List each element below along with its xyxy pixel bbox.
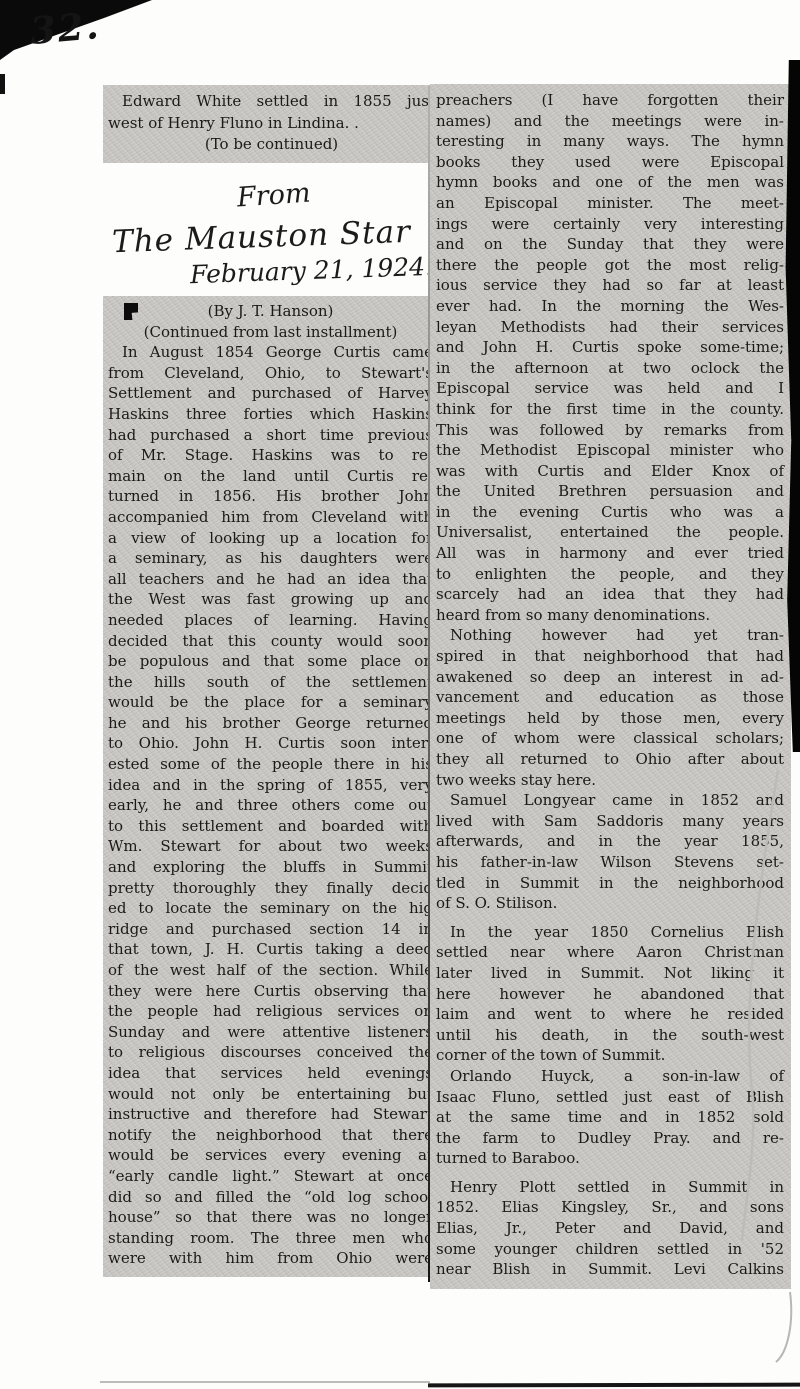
- text-line: some younger children settled in '52: [436, 1239, 784, 1260]
- text-line: preachers (I have forgotten their: [436, 90, 784, 111]
- text-line: there the people got the most relig-: [436, 255, 784, 276]
- text-line: at the same time and in 1852 sold: [436, 1107, 784, 1128]
- text-line: the West was fast growing up and: [108, 589, 433, 610]
- text-line: all teachers and he had an idea that: [108, 569, 433, 590]
- text-line: be populous and that some place on: [108, 651, 433, 672]
- text-line: the people had religious services on: [108, 1001, 433, 1022]
- text-line: corner of the town of Summit.: [436, 1045, 784, 1066]
- text-line: standing room. The three men who: [108, 1228, 433, 1249]
- text-line: accompanied him from Cleveland with: [108, 507, 433, 528]
- article-right-column: preachers (I have forgotten theirnames) …: [430, 84, 791, 1289]
- text-line: In the year 1850 Cornelius Blish: [436, 922, 784, 943]
- text-line: one of whom were classical scholars;: [436, 728, 784, 749]
- text-line: the farm to Dudley Pray. and re-: [436, 1128, 784, 1149]
- text-line: decided that this county would soon: [108, 631, 433, 652]
- text-line: (By J. T. Hanson): [108, 301, 433, 322]
- article-left-column: (By J. T. Hanson)(Continued from last in…: [103, 296, 439, 1277]
- page-number: 32.: [28, 3, 102, 53]
- text-line: This was followed by remarks from: [436, 420, 784, 441]
- text-line: ings were certainly very interesting: [436, 214, 784, 235]
- text-line: here however he abandoned that: [436, 984, 784, 1005]
- text-line: that town, J. H. Curtis taking a deed: [108, 939, 433, 960]
- text-line: hymn books and one of the men was: [436, 172, 784, 193]
- text-line: ested some of the people there in his: [108, 754, 433, 775]
- scan-smudge-bottom: [100, 1381, 430, 1383]
- text-line: house” so that there was no longer: [108, 1207, 433, 1228]
- text-line: and John H. Curtis spoke some-time;: [436, 337, 784, 358]
- text-line: the hills south of the settlement: [108, 672, 433, 693]
- text-line: were with him from Ohio were: [108, 1248, 433, 1269]
- text-line: vancement and education as those: [436, 687, 784, 708]
- text-line: awakened so deep an interest in ad-: [436, 667, 784, 688]
- scan-edge-bottom: [428, 1383, 800, 1388]
- text-line: to this settlement and boarded with: [108, 816, 433, 837]
- text-line: the Methodist Episcopal minister who: [436, 440, 784, 461]
- text-line: turned to Baraboo.: [436, 1148, 784, 1169]
- handwritten-from: From: [236, 177, 311, 213]
- text-line: of S. O. Stilison.: [436, 893, 784, 914]
- text-line: early, he and three others come out: [108, 795, 433, 816]
- text-line: settled near where Aaron Christman: [436, 942, 784, 963]
- column-divider-rule: [428, 86, 430, 1282]
- text-line: to Ohio. John H. Curtis soon inter-: [108, 733, 433, 754]
- text-line: two weeks stay here.: [436, 770, 784, 791]
- text-line: “early candle light.” Stewart at once: [108, 1166, 433, 1187]
- text-line: in the afternoon at two oclock the: [436, 358, 784, 379]
- text-line: main on the land until Curtis re-: [108, 466, 433, 487]
- text-line: a seminary, as his daughters were: [108, 548, 433, 569]
- text-line: west of Henry Fluno in Lindina. .: [108, 113, 435, 135]
- text-line: Orlando Huyck, a son-in-law of: [436, 1066, 784, 1087]
- text-line: scarcely had an idea that they had: [436, 584, 784, 605]
- text-line: to religious discourses conceived the: [108, 1042, 433, 1063]
- text-line: teresting in many ways. The hymn: [436, 131, 784, 152]
- text-line: ious service they had so far at least: [436, 275, 784, 296]
- text-line: lived with Sam Saddoris many years: [436, 811, 784, 832]
- text-line: of the west half of the section. While: [108, 960, 433, 981]
- text-line: Edward White settled in 1855 just: [108, 91, 435, 113]
- text-line: of Mr. Stage. Haskins was to re-: [108, 445, 433, 466]
- text-line: his father-in-law Wilson Stevens set-: [436, 852, 784, 873]
- text-line: meetings held by those men, every: [436, 708, 784, 729]
- text-line: spired in that neighborhood that had: [436, 646, 784, 667]
- text-line: turned in 1856. His brother John: [108, 486, 433, 507]
- text-line: Henry Plott settled in Summit in: [436, 1177, 784, 1198]
- text-line: Wm. Stewart for about two weeks: [108, 836, 433, 857]
- text-line: In August 1854 George Curtis came: [108, 342, 433, 363]
- handwritten-source-date: February 21, 1924.: [190, 252, 434, 289]
- text-line: a view of looking up a location for: [108, 528, 433, 549]
- text-line: leyan Methodists had their services: [436, 317, 784, 338]
- text-line: (To be continued): [108, 134, 435, 156]
- text-line: Samuel Longyear came in 1852 and: [436, 790, 784, 811]
- scrapbook-page: 32. Edward White settled in 1855 justwes…: [0, 0, 800, 1389]
- text-line: ridge and purchased section 14 in: [108, 919, 433, 940]
- text-line: heard from so many denominations.: [436, 605, 784, 626]
- text-line: the United Brethren persuasion and: [436, 481, 784, 502]
- scan-edge-speck: [0, 74, 5, 94]
- text-line: and on the Sunday that they were: [436, 234, 784, 255]
- text-line: laim and went to where he resided: [436, 1004, 784, 1025]
- text-line: Elias, Jr., Peter and David, and: [436, 1218, 784, 1239]
- text-line: would be services every evening at: [108, 1145, 433, 1166]
- text-line: from Cleveland, Ohio, to Stewart's: [108, 363, 433, 384]
- text-line: afterwards, and in the year 1855,: [436, 831, 784, 852]
- text-line: ed to locate the seminary on the hig: [108, 898, 433, 919]
- text-line: was with Curtis and Elder Knox of: [436, 461, 784, 482]
- clipping-top-fragment: Edward White settled in 1855 justwest of…: [103, 85, 441, 163]
- text-line: Universalist, entertained the people.: [436, 522, 784, 543]
- text-line: instructive and therefore had Stewart: [108, 1104, 433, 1125]
- text-line: to enlighten the people, and they: [436, 564, 784, 585]
- text-line: ever had. In the morning the Wes-: [436, 296, 784, 317]
- text-line: notify the neighborhood that there: [108, 1125, 433, 1146]
- text-line: until his death, in the south-west: [436, 1025, 784, 1046]
- text-line: in the evening Curtis who was a: [436, 502, 784, 523]
- text-line: (Continued from last installment): [108, 322, 433, 343]
- text-line: Sunday and were attentive listeners: [108, 1022, 433, 1043]
- text-line: and exploring the bluffs in Summit: [108, 857, 433, 878]
- text-line: they all returned to Ohio after about: [436, 749, 784, 770]
- text-line: Episcopal service was held and I: [436, 378, 784, 399]
- text-line: Haskins three forties which Haskins: [108, 404, 433, 425]
- text-line: would be the place for a seminary: [108, 692, 433, 713]
- text-line: All was in harmony and ever tried: [436, 543, 784, 564]
- text-line: idea that services held evenings: [108, 1063, 433, 1084]
- text-line: Isaac Fluno, settled just east of Blish: [436, 1087, 784, 1108]
- text-line: tled in Summit in the neighborhood: [436, 873, 784, 894]
- text-line: Nothing however had yet tran-: [436, 625, 784, 646]
- text-line: an Episcopal minister. The meet-: [436, 193, 784, 214]
- text-line: think for the first time in the county.: [436, 399, 784, 420]
- text-line: needed places of learning. Having: [108, 610, 433, 631]
- text-line: had purchased a short time previous: [108, 425, 433, 446]
- text-line: names) and the meetings were in-: [436, 111, 784, 132]
- text-line: near Blish in Summit. Levi Calkins: [436, 1259, 784, 1280]
- text-line: idea and in the spring of 1855, very: [108, 775, 433, 796]
- text-line: did so and filled the “old log school: [108, 1187, 433, 1208]
- text-line: later lived in Summit. Not liking it: [436, 963, 784, 984]
- text-line: he and his brother George returned: [108, 713, 433, 734]
- text-line: would not only be entertaining but: [108, 1084, 433, 1105]
- text-line: pretty thoroughly they finally decid: [108, 878, 433, 899]
- text-line: 1852. Elias Kingsley, Sr., and sons: [436, 1197, 784, 1218]
- text-line: books they used were Episcopal: [436, 152, 784, 173]
- text-line: they were here Curtis observing that: [108, 981, 433, 1002]
- text-line: Settlement and purchased of Harvey: [108, 383, 433, 404]
